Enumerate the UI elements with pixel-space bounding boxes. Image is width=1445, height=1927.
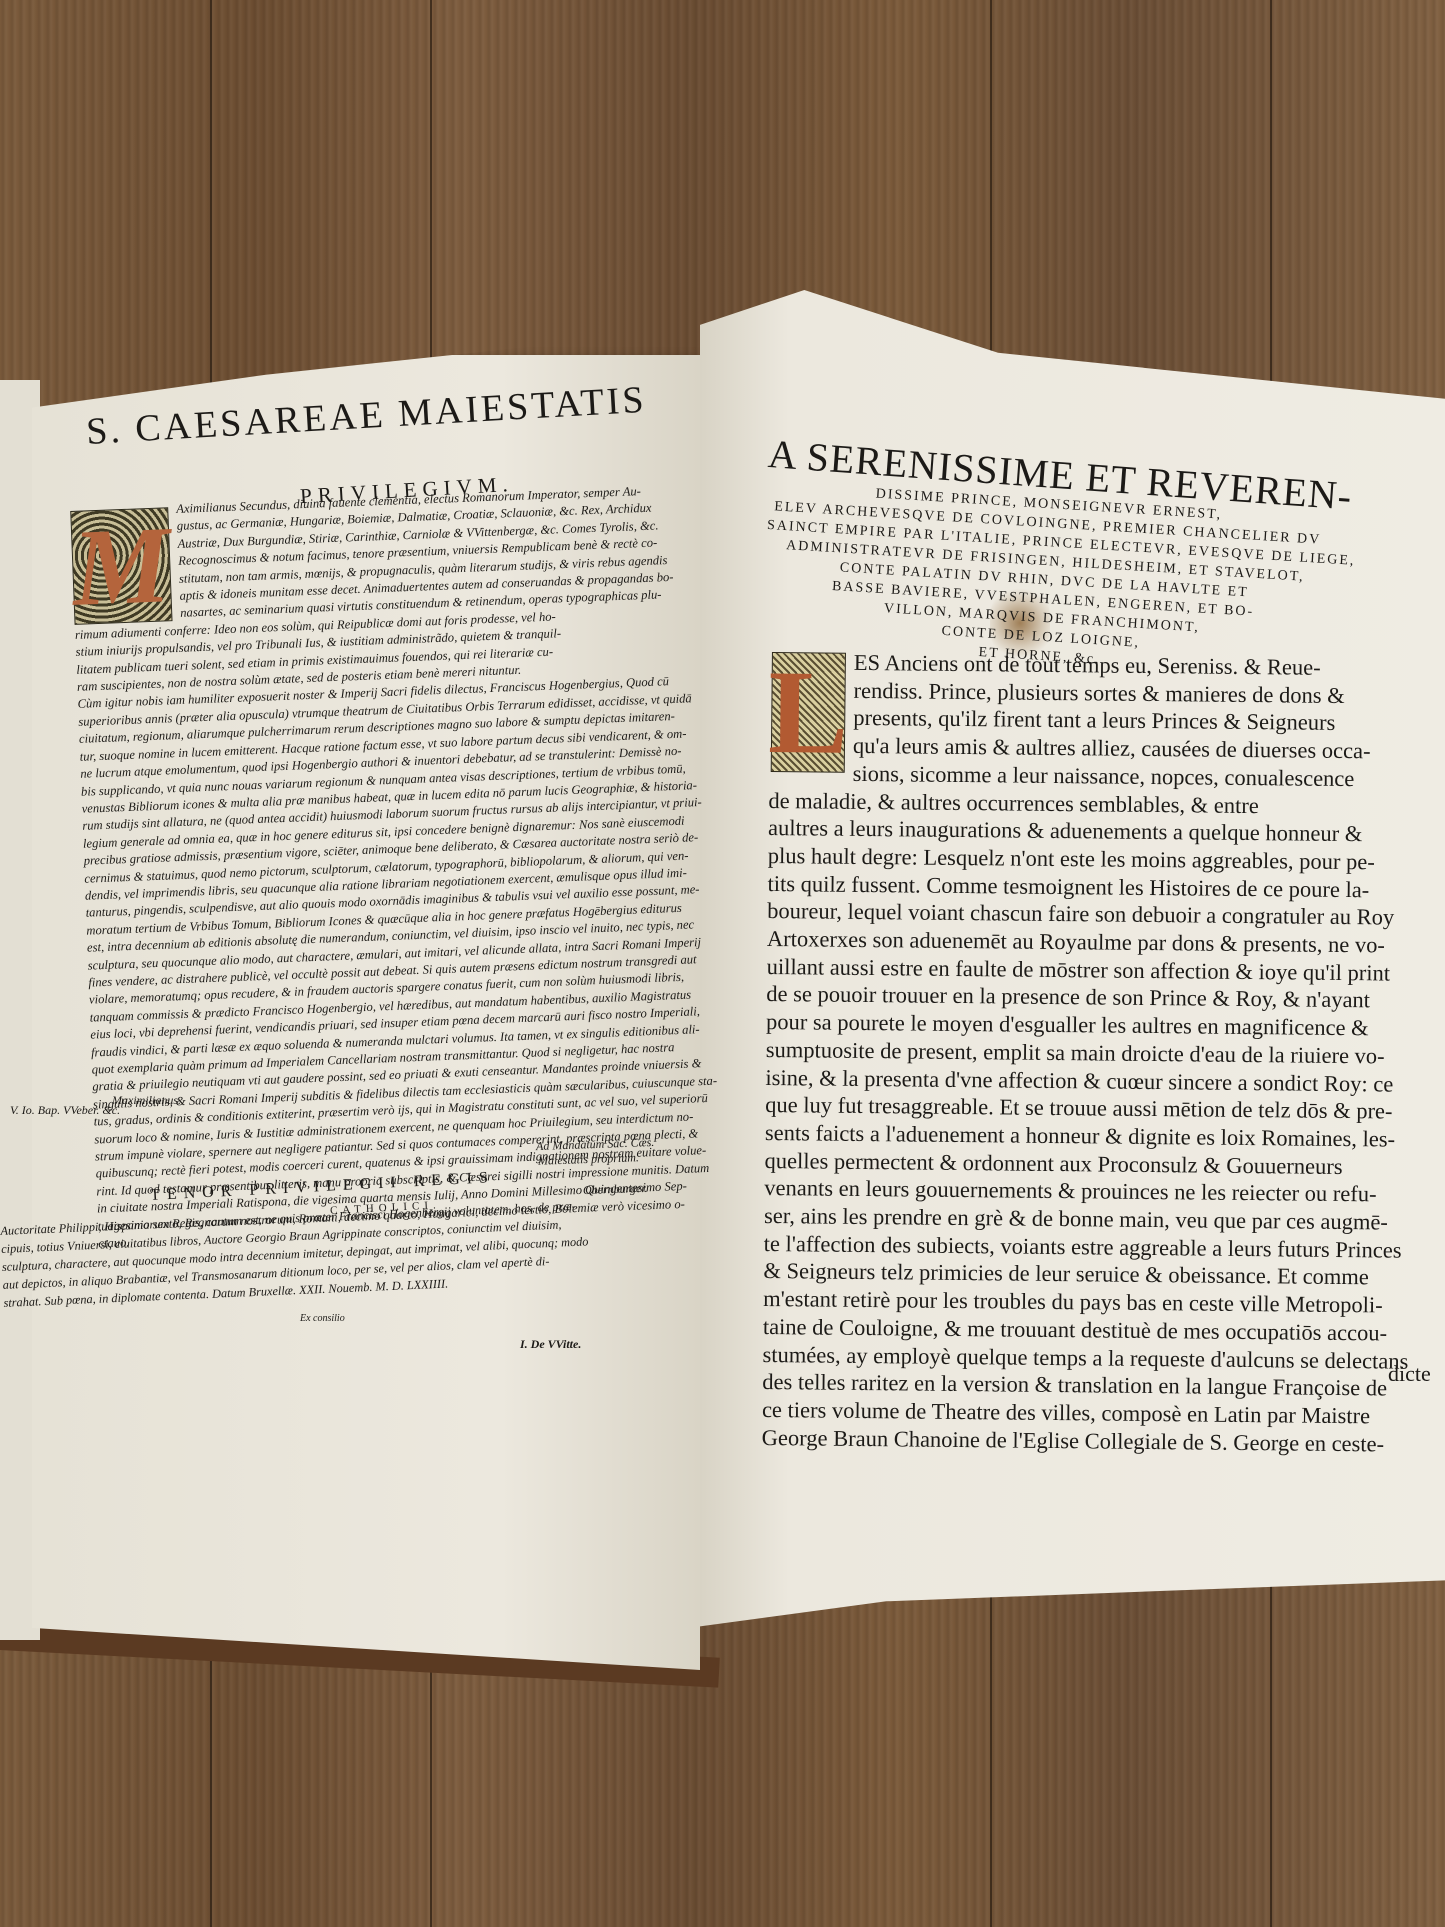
decorated-initial-l: L — [771, 652, 846, 773]
catchword: dicte — [1388, 1361, 1431, 1387]
ex-consilio: Ex consilio — [300, 1313, 345, 1324]
tenor-signature: I. De VVitte. — [520, 1337, 581, 1352]
signature-secretary: V. Io. Bap. VVeber. &c. — [10, 1103, 120, 1118]
initial-letter: M — [71, 508, 171, 624]
decorated-initial-m: M — [70, 507, 172, 625]
dedication-body: L ES Anciens ont de tout temps eu, Seren… — [762, 648, 1430, 1458]
signature-emperor: Maximilianus. — [112, 1093, 181, 1108]
initial-letter: L — [772, 653, 845, 772]
